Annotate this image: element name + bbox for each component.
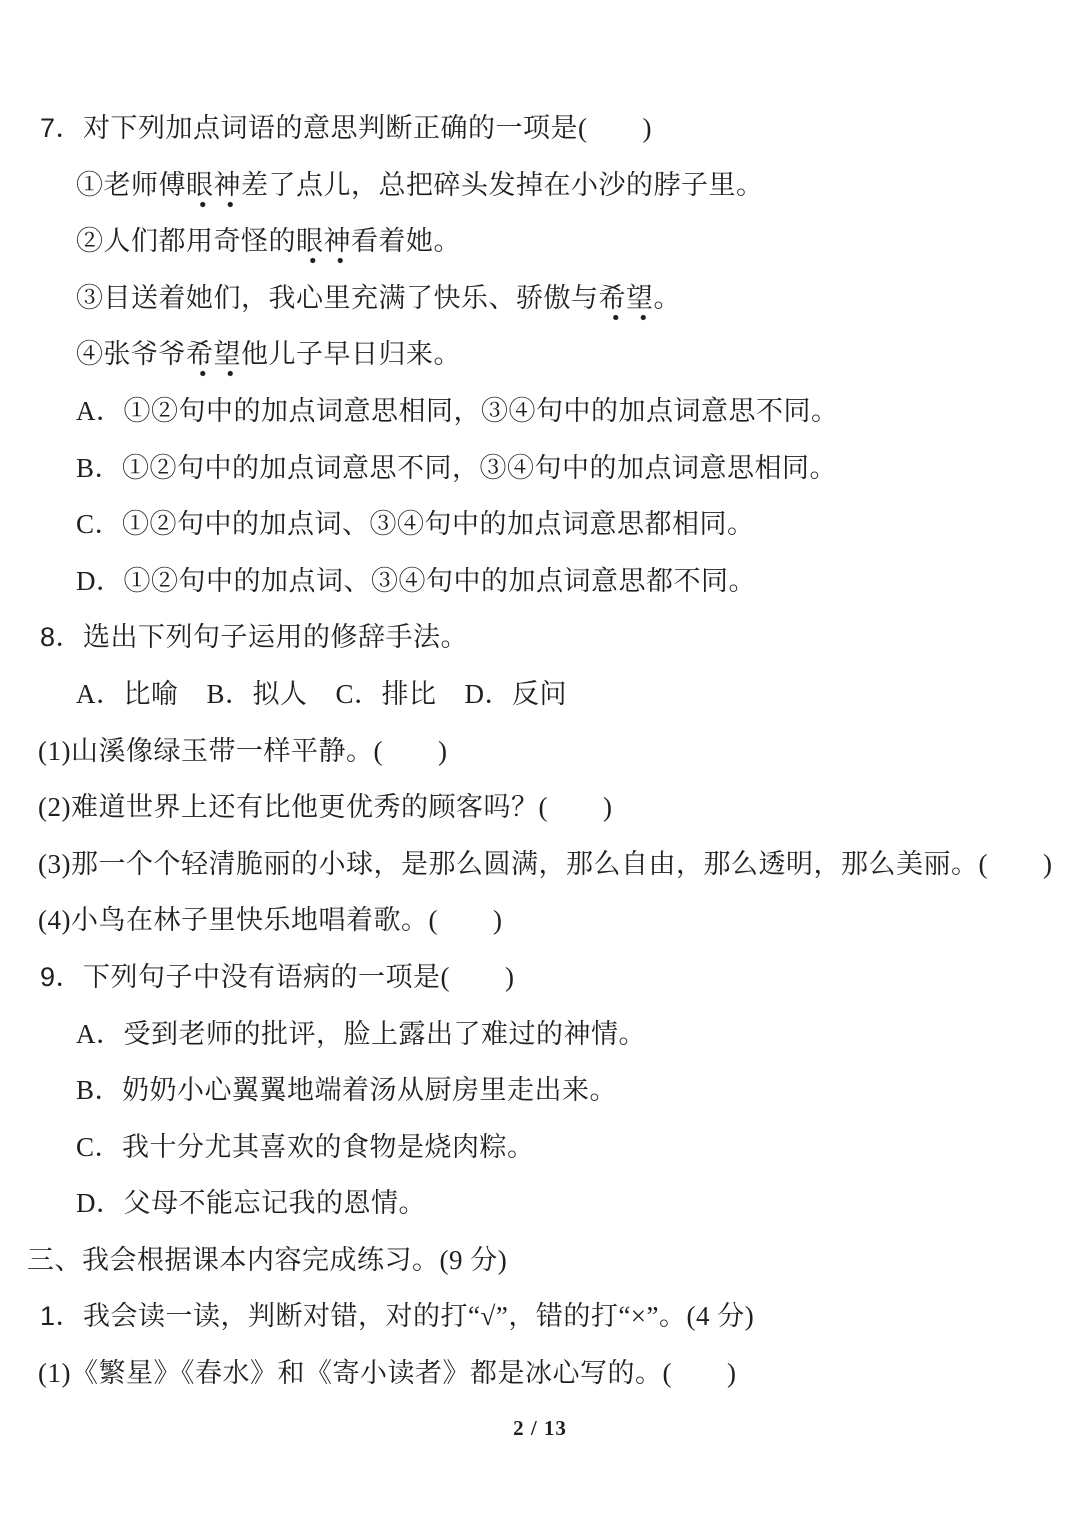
question-7-stem: 7．对下列加点词语的意思判断正确的一项是( )	[0, 111, 1080, 168]
option-a-text: 受到老师的批评，脸上露出了难过的神情。	[124, 1019, 647, 1049]
question-9-text: 下列句子中没有语病的一项是( )	[83, 962, 514, 992]
choice-d-text: 反问	[512, 679, 567, 709]
choice-b-label: B．	[207, 679, 253, 709]
question-8-text: 选出下列句子运用的修辞手法。	[83, 622, 468, 652]
sentence-4-label: ④	[76, 339, 104, 369]
question-7-sentence-3: ③目送着她们，我心里充满了快乐、骄傲与希望。	[0, 281, 1080, 338]
choice-b-text: 拟人	[253, 679, 308, 709]
choice-a-text: 比喻	[124, 679, 179, 709]
question-8-choices-row: A．比喻B．拟人C．排比D．反问	[0, 677, 1080, 734]
question-7-sentence-4: ④张爷爷希望他儿子早日归来。	[0, 337, 1080, 394]
question-7-option-c: C．①②句中的加点词、③④句中的加点词意思都相同。	[0, 507, 1080, 564]
question-7-number: 7．	[40, 113, 83, 143]
option-a-text: ①②句中的加点词意思相同，③④句中的加点词意思不同。	[124, 396, 839, 426]
question-9-option-a: A．受到老师的批评，脸上露出了难过的神情。	[0, 1017, 1080, 1074]
sentence-2-emphasized-word: 眼神	[296, 226, 351, 265]
item-2-label: (2)	[38, 792, 71, 822]
option-c-text: ①②句中的加点词、③④句中的加点词意思都相同。	[122, 509, 755, 539]
option-d-text: ①②句中的加点词、③④句中的加点词意思都不同。	[124, 566, 757, 596]
choice-d: D．反问	[465, 679, 568, 709]
item-3-label: (3)	[38, 849, 71, 879]
question-8-item-4: (4)小鸟在林子里快乐地唱着歌。( )	[0, 903, 1080, 960]
choice-c-text: 排比	[382, 679, 437, 709]
exam-page: 7．对下列加点词语的意思判断正确的一项是( ) ①老师傅眼神差了点儿，总把碎头发…	[0, 0, 1080, 1527]
option-a-label: A．	[76, 1019, 124, 1049]
question-9-stem: 9．下列句子中没有语病的一项是( )	[0, 960, 1080, 1017]
option-c-label: C．	[76, 509, 122, 539]
sub-item-1-text: 《繁星》《春水》和《寄小读者》都是冰心写的。( )	[71, 1358, 736, 1388]
question-7-option-d: D．①②句中的加点词、③④句中的加点词意思都不同。	[0, 564, 1080, 621]
option-a-label: A．	[76, 396, 124, 426]
option-d-label: D．	[76, 1188, 124, 1218]
item-4-text: 小鸟在林子里快乐地唱着歌。( )	[71, 905, 502, 935]
question-8-number: 8．	[40, 622, 83, 652]
sentence-3-label: ③	[76, 283, 104, 313]
option-d-text: 父母不能忘记我的恩情。	[124, 1188, 427, 1218]
choice-a-label: A．	[76, 679, 124, 709]
sentence-4-emphasized-word: 希望	[186, 339, 241, 378]
item-4-label: (4)	[38, 905, 71, 935]
choice-c-label: C．	[336, 679, 382, 709]
sentence-2-post: 看着她。	[351, 226, 461, 256]
section-3-sub-1-stem: 1．我会读一读，判断对错，对的打“√”，错的打“×”。(4 分)	[0, 1299, 1080, 1356]
sentence-2-label: ②	[76, 226, 104, 256]
sub-1-number: 1．	[40, 1301, 83, 1331]
choice-c: C．排比	[336, 679, 437, 709]
sentence-3-pre: 目送着她们，我心里充满了快乐、骄傲与	[104, 283, 599, 313]
item-3-text: 那一个个轻清脆丽的小球，是那么圆满，那么自由，那么透明，那么美丽。( )	[71, 849, 1052, 879]
choice-b: B．拟人	[207, 679, 308, 709]
section-3-title: 我会根据课本内容完成练习。(9 分)	[82, 1245, 507, 1275]
option-d-label: D．	[76, 566, 124, 596]
section-3-heading: 三、我会根据课本内容完成练习。(9 分)	[0, 1243, 1080, 1300]
exam-content: 7．对下列加点词语的意思判断正确的一项是( ) ①老师傅眼神差了点儿，总把碎头发…	[0, 0, 1080, 1441]
sentence-4-pre: 张爷爷	[104, 339, 187, 369]
item-1-label: (1)	[38, 736, 71, 766]
sub-1-text: 我会读一读，判断对错，对的打“√”，错的打“×”。(4 分)	[83, 1301, 754, 1331]
question-7-sentence-1: ①老师傅眼神差了点儿，总把碎头发掉在小沙的脖子里。	[0, 168, 1080, 225]
question-9-option-d: D．父母不能忘记我的恩情。	[0, 1186, 1080, 1243]
question-7-option-a: A．①②句中的加点词意思相同，③④句中的加点词意思不同。	[0, 394, 1080, 451]
page-number: 2 / 13	[0, 1416, 1080, 1441]
sentence-3-emphasized-word: 希望	[599, 283, 654, 322]
option-b-label: B．	[76, 453, 122, 483]
option-b-text: ①②句中的加点词意思不同，③④句中的加点词意思相同。	[122, 453, 837, 483]
question-8-stem: 8．选出下列句子运用的修辞手法。	[0, 620, 1080, 677]
section-3-sub-1-item-1: (1)《繁星》《春水》和《寄小读者》都是冰心写的。( )	[0, 1356, 1080, 1413]
sentence-1-emphasized-word: 眼神	[186, 170, 241, 209]
question-8-item-3: (3)那一个个轻清脆丽的小球，是那么圆满，那么自由，那么透明，那么美丽。( )	[0, 847, 1080, 904]
question-7-text: 对下列加点词语的意思判断正确的一项是( )	[83, 113, 652, 143]
item-2-text: 难道世界上还有比他更优秀的顾客吗？( )	[71, 792, 612, 822]
option-c-text: 我十分尤其喜欢的食物是烧肉粽。	[122, 1132, 535, 1162]
option-b-label: B．	[76, 1075, 122, 1105]
section-3-number: 三、	[27, 1245, 82, 1275]
sentence-2-pre: 人们都用奇怪的	[104, 226, 297, 256]
question-7-option-b: B．①②句中的加点词意思不同，③④句中的加点词意思相同。	[0, 451, 1080, 508]
sentence-1-post: 差了点儿，总把碎头发掉在小沙的脖子里。	[241, 170, 764, 200]
sub-item-1-label: (1)	[38, 1358, 71, 1388]
item-1-text: 山溪像绿玉带一样平静。( )	[71, 736, 447, 766]
sentence-4-post: 他儿子早日归来。	[241, 339, 461, 369]
choice-a: A．比喻	[76, 679, 179, 709]
option-b-text: 奶奶小心翼翼地端着汤从厨房里走出来。	[122, 1075, 617, 1105]
choice-d-label: D．	[465, 679, 513, 709]
sentence-1-pre: 老师傅	[104, 170, 187, 200]
option-c-label: C．	[76, 1132, 122, 1162]
question-9-number: 9．	[40, 962, 83, 992]
question-9-option-b: B．奶奶小心翼翼地端着汤从厨房里走出来。	[0, 1073, 1080, 1130]
sentence-3-post: 。	[654, 283, 682, 313]
question-7-sentence-2: ②人们都用奇怪的眼神看着她。	[0, 224, 1080, 281]
question-8-item-2: (2)难道世界上还有比他更优秀的顾客吗？( )	[0, 790, 1080, 847]
sentence-1-label: ①	[76, 170, 104, 200]
question-9-option-c: C．我十分尤其喜欢的食物是烧肉粽。	[0, 1130, 1080, 1187]
question-8-item-1: (1)山溪像绿玉带一样平静。( )	[0, 734, 1080, 791]
